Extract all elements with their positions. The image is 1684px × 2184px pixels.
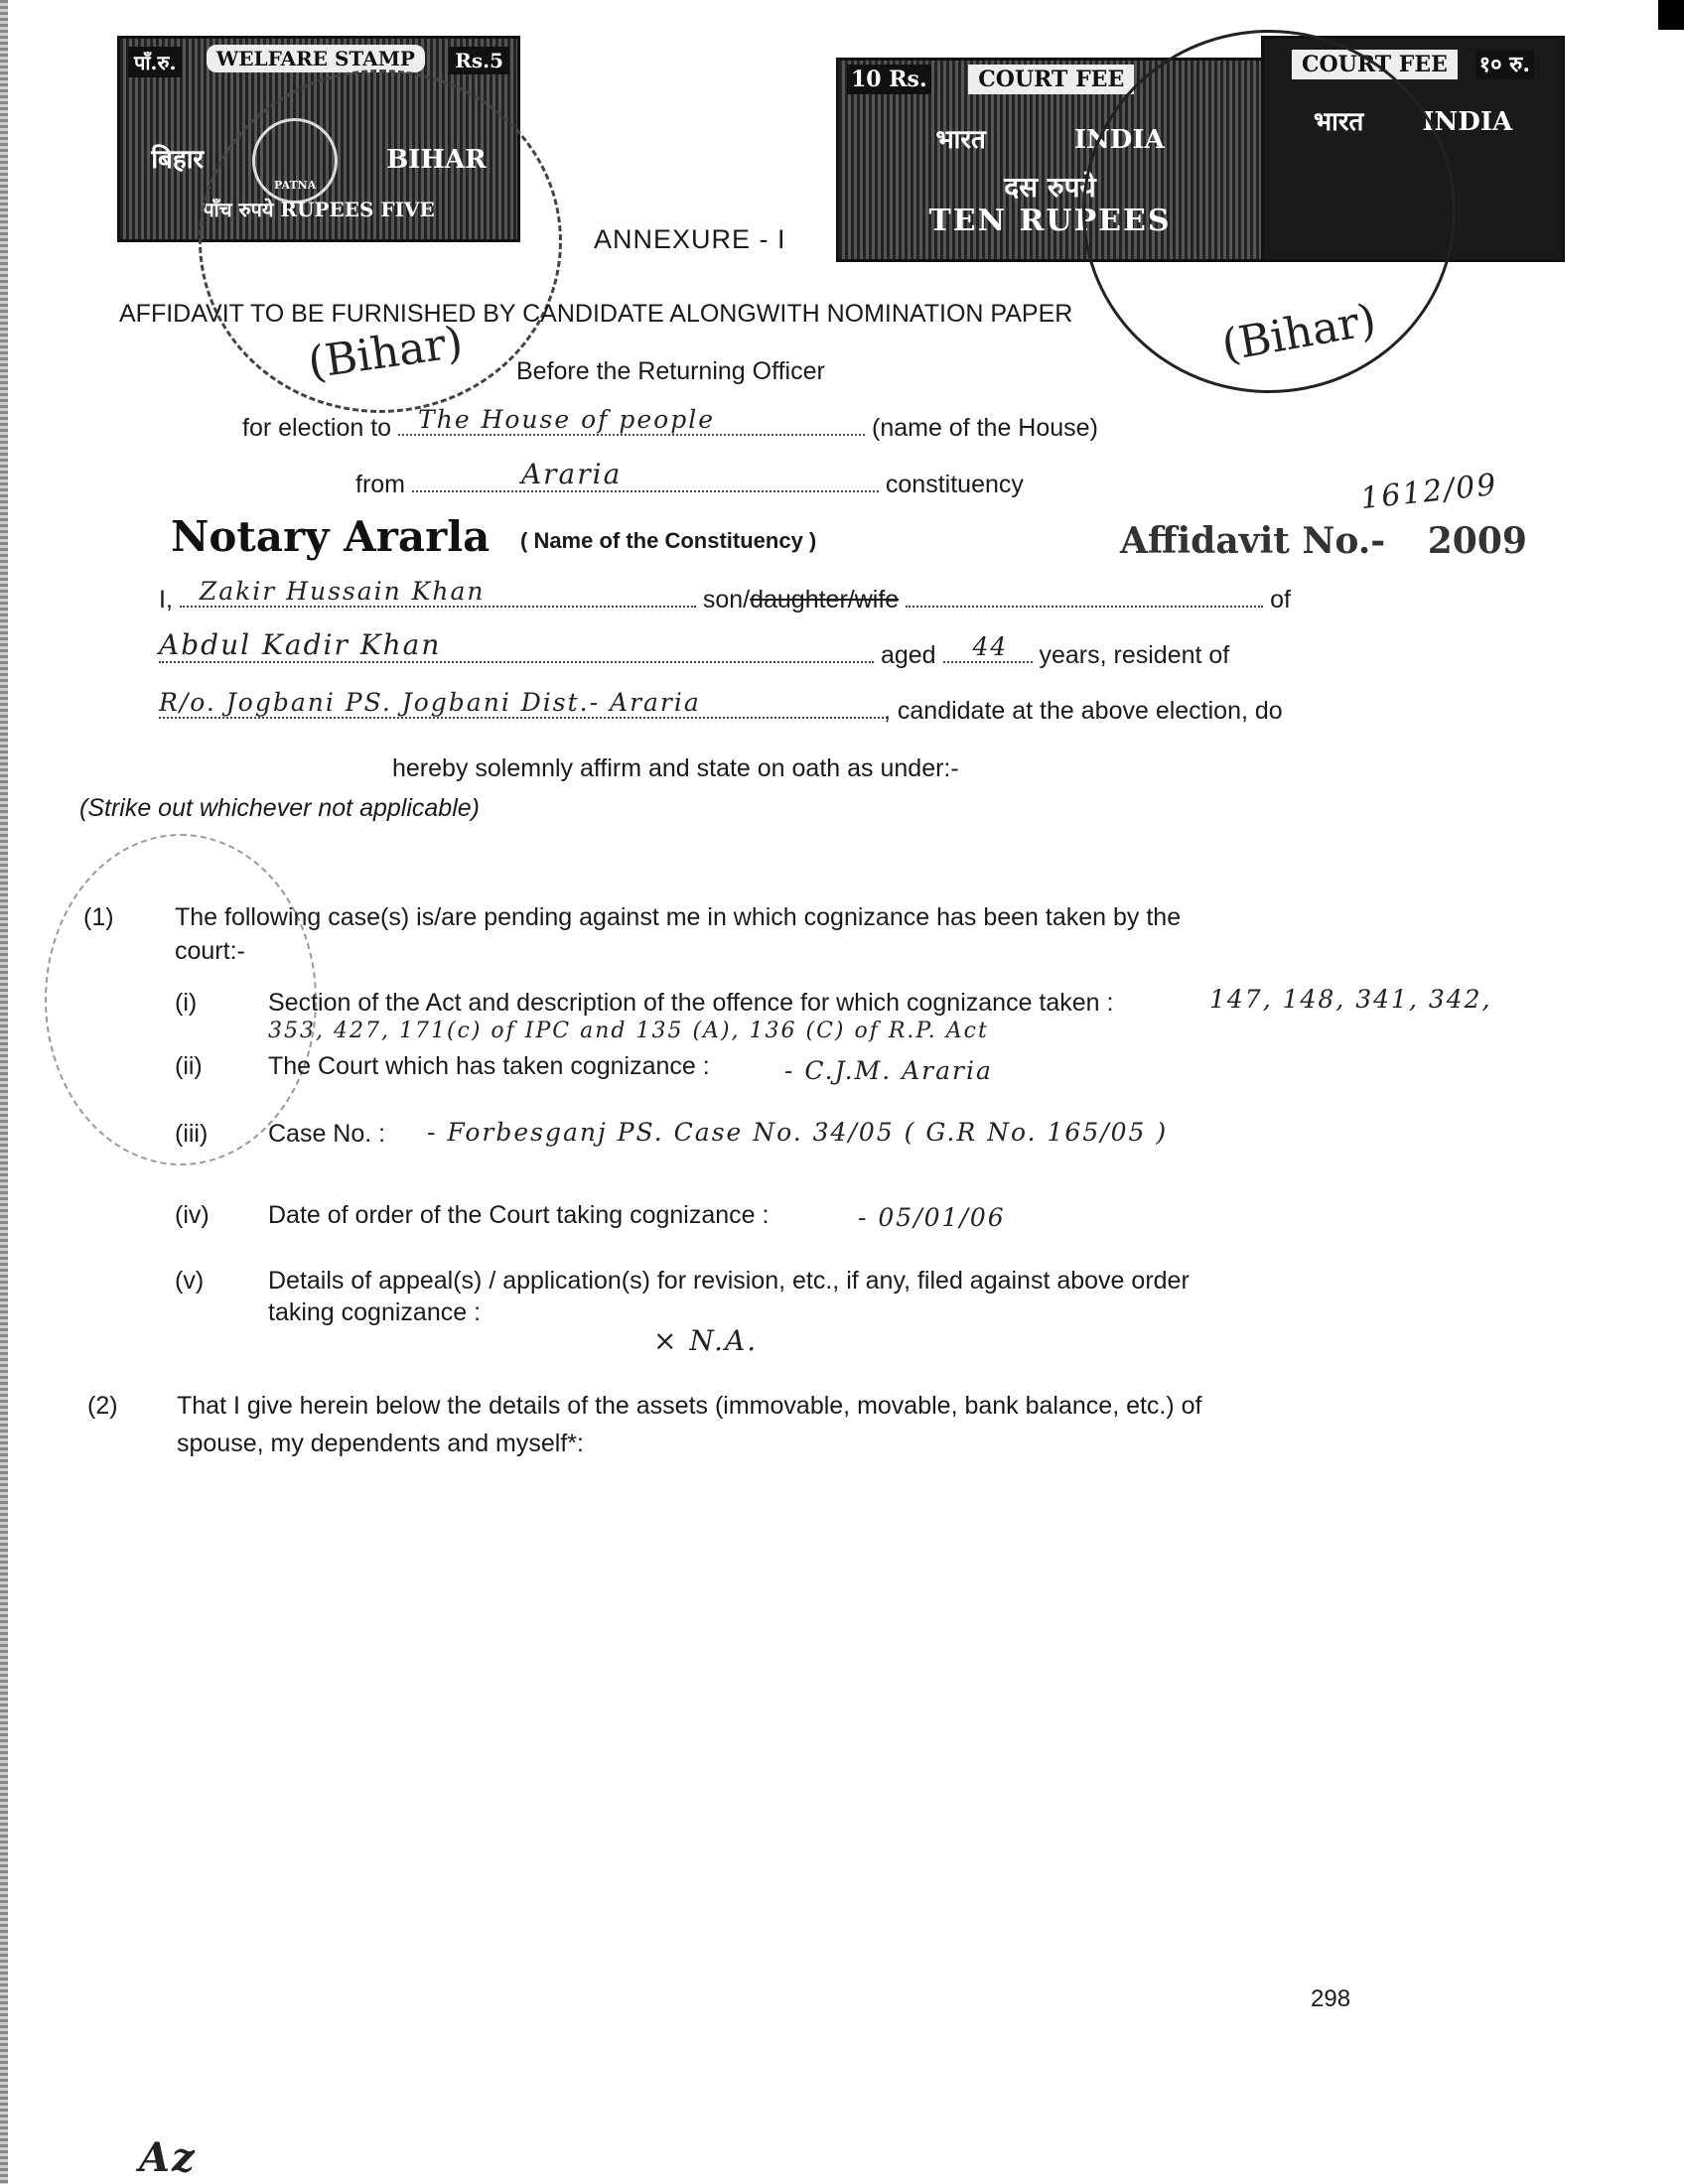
item-iii-value: - Forbesganj PS. Case No. 34/05 ( G.R No… <box>427 1118 1168 1147</box>
affidavit-title: AFFIDAVIT TO BE FURNISHED BY CANDIDATE A… <box>119 300 1072 329</box>
strike-note: (Strike out whichever not applicable) <box>79 794 480 823</box>
election-field[interactable]: The House of people <box>398 434 865 436</box>
item-ii-label: The Court which has taken cognizance : <box>268 1052 710 1081</box>
candidate-label: , candidate at the above election, do <box>884 697 1283 725</box>
welfare-value-left: पाँ.रु. <box>128 47 182 77</box>
father-name-field[interactable]: Abdul Kadir Khan <box>159 661 874 663</box>
relation-field[interactable] <box>906 606 1263 608</box>
section1-number: (1) <box>83 903 114 932</box>
constituency-suffix: constituency <box>886 471 1024 498</box>
item-v-number: (v) <box>175 1267 204 1296</box>
item-iii-label: Case No. : <box>268 1120 385 1149</box>
affidavit-number: Affidavit No.- 2009 <box>1120 520 1527 562</box>
father-line: Abdul Kadir Khan aged 44 years, resident… <box>159 641 1229 670</box>
item-iv-label: Date of order of the Court taking cogniz… <box>268 1201 769 1230</box>
item-v-value: × N.A. <box>653 1324 758 1357</box>
candidate-name-field[interactable]: Zakir Hussain Khan <box>180 606 696 608</box>
section1-text-line2: court:- <box>175 937 245 966</box>
scan-edge <box>0 0 8 2184</box>
section2-number: (2) <box>87 1392 118 1421</box>
item-i-value: 147, 148, 341, 342, <box>1209 985 1492 1014</box>
i-label: I, <box>159 586 173 614</box>
age-field[interactable]: 44 <box>943 661 1033 663</box>
election-suffix: (name of the House) <box>872 414 1098 442</box>
welfare-title: WELFARE STAMP <box>207 45 425 72</box>
court-fee-1-value: 10 Rs. <box>847 65 931 94</box>
affidavit-no-handwritten: 1612/09 <box>1359 468 1500 516</box>
section2-text-line1: That I give herein below the details of … <box>177 1392 1202 1421</box>
of-label: of <box>1270 586 1291 614</box>
relation-prefix: son/ <box>703 586 750 614</box>
constituency-field[interactable]: Araria <box>412 490 879 492</box>
section1-text-line1: The following case(s) is/are pending aga… <box>175 903 1181 932</box>
notary-stamp-text: Notary Ararla <box>171 512 490 561</box>
before-returning-officer: Before the Returning Officer <box>516 357 825 386</box>
address-line: R/o. Jogbani PS. Jogbani Dist.- Araria ,… <box>159 697 1283 726</box>
item-v-label-line2: taking cognizance : <box>268 1298 481 1327</box>
affidavit-no-year: 2009 <box>1428 520 1527 562</box>
age-value: 44 <box>973 632 1009 661</box>
page-number: 298 <box>1311 1985 1350 2013</box>
address-value: R/o. Jogbani PS. Jogbani Dist.- Araria <box>159 688 701 717</box>
election-value: The House of people <box>418 405 715 434</box>
relation-struck: daughter/wife <box>750 586 899 614</box>
constituency-line: from Araria constituency <box>355 471 1024 499</box>
section2-text-line2: spouse, my dependents and myself*: <box>177 1430 584 1458</box>
item-iii-number: (iii) <box>175 1120 208 1149</box>
scan-corner-mark <box>1658 0 1684 30</box>
candidate-name: Zakir Hussain Khan <box>200 577 486 606</box>
court-fee-1-country-hindi: भारत <box>935 125 985 155</box>
court-fee-1-title: COURT FEE <box>968 65 1134 94</box>
constituency-value: Araria <box>521 458 622 490</box>
welfare-value-right: Rs.5 <box>449 47 509 74</box>
item-iv-value: - 05/01/06 <box>858 1203 1006 1232</box>
item-ii-value: - C.J.M. Araria <box>784 1056 993 1085</box>
constituency-note: ( Name of the Constituency ) <box>520 528 816 554</box>
aged-label: aged <box>881 641 936 669</box>
affirm-text: hereby solemnly affirm and state on oath… <box>392 754 959 783</box>
from-label: from <box>355 471 405 498</box>
welfare-state-hindi: बिहार <box>151 145 204 175</box>
item-v-label: Details of appeal(s) / application(s) fo… <box>268 1267 1190 1296</box>
years-label: years, resident of <box>1039 641 1229 669</box>
father-name: Abdul Kadir Khan <box>159 628 441 661</box>
election-line: for election to The House of people (nam… <box>242 414 1098 443</box>
address-field[interactable]: R/o. Jogbani PS. Jogbani Dist.- Araria <box>159 717 884 719</box>
item-iv-number: (iv) <box>175 1201 210 1230</box>
election-label: for election to <box>242 414 391 442</box>
annexure-label: ANNEXURE - I <box>594 224 786 255</box>
initials-signature: Az <box>139 2134 197 2181</box>
affidavit-no-label: Affidavit No.- <box>1120 520 1385 562</box>
candidate-line: I, Zakir Hussain Khan son/daughter/wife … <box>159 586 1291 614</box>
court-fee-2-value: १० रु. <box>1475 50 1534 79</box>
item-ii-number: (ii) <box>175 1052 203 1081</box>
item-i-label: Section of the Act and description of th… <box>268 989 1113 1018</box>
item-i-number: (i) <box>175 989 197 1018</box>
item-i-value-line2: 353, 427, 171(c) of IPC and 135 (A), 136… <box>268 1019 989 1043</box>
